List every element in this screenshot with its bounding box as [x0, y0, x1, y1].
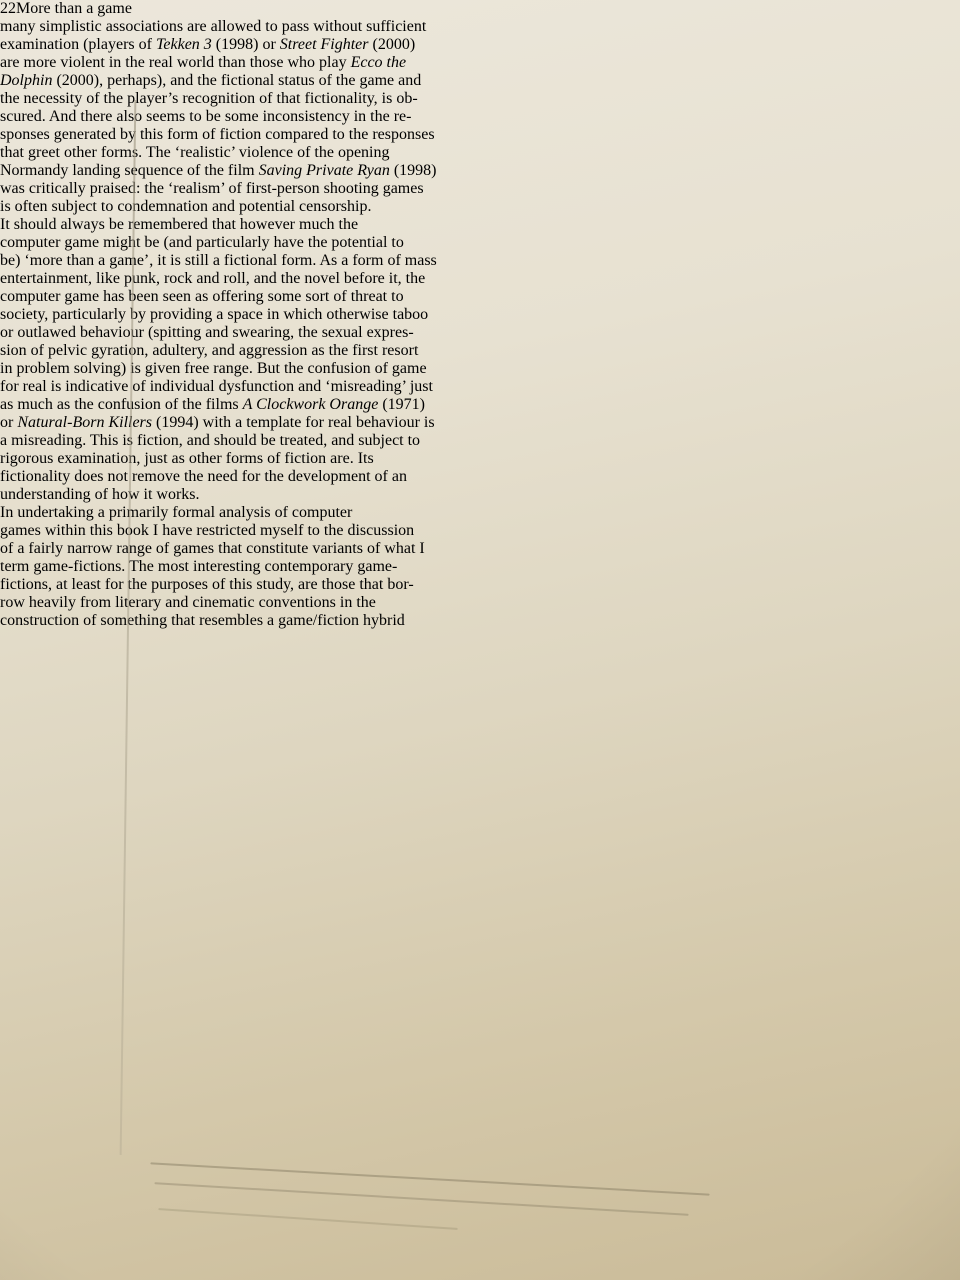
text-line: in problem solving) is given free range.…	[0, 360, 960, 378]
text-line: scured. And there also seems to be some …	[0, 108, 960, 126]
text-line: examination (players of Tekken 3 (1998) …	[0, 36, 960, 54]
text-line: was critically praised: the ‘realism’ of…	[0, 180, 960, 198]
text-line: many simplistic associations are allowed…	[0, 18, 960, 36]
text-line: games within this book I have restricted…	[0, 522, 960, 540]
text-segment: sion of pelvic gyration, adultery, and a…	[0, 342, 418, 359]
text-line: of a fairly narrow range of games that c…	[0, 540, 960, 558]
text-line: that greet other forms. The ‘realistic’ …	[0, 144, 960, 162]
text-segment: of a fairly narrow range of games that c…	[0, 540, 425, 557]
text-line: or Natural-Born Killers (1994) with a te…	[0, 414, 960, 432]
text-line: a misreading. This is fiction, and shoul…	[0, 432, 960, 450]
highlighter-mark: Normandy landing sequence of the film Sa…	[0, 162, 436, 179]
text-segment: or Natural-Born Killers (1994) with a te…	[0, 414, 435, 431]
text-line: be) ‘more than a game’, it is still a fi…	[0, 252, 960, 270]
text-segment: the necessity of the player’s recognitio…	[0, 90, 418, 107]
text-line: Normandy landing sequence of the film Sa…	[0, 162, 960, 180]
text-line: fictionality does not remove the need fo…	[0, 468, 960, 486]
text-segment: understanding of how it works.	[0, 486, 200, 503]
running-header: 22More than a game	[0, 0, 960, 18]
text-segment: be) ‘more than a game’, it is still a fi…	[0, 252, 437, 269]
text-segment: games within this book I have restricted…	[0, 522, 414, 539]
text-segment: or outlawed behaviour (spitting and swea…	[0, 324, 414, 341]
text-segment: sponses generated by this form of fictio…	[0, 126, 435, 143]
text-line: computer game might be (and particularly…	[0, 234, 960, 252]
text-line: It should always be remembered that howe…	[0, 216, 960, 234]
text-segment: that greet other forms.	[0, 144, 146, 161]
text-segment: fictions, at least for the purposes of t…	[0, 576, 414, 593]
text-line: or outlawed behaviour (spitting and swea…	[0, 324, 960, 342]
text-segment: a misreading. This is fiction, and shoul…	[0, 432, 420, 449]
text-segment: society, particularly by providing a spa…	[0, 306, 428, 323]
text-segment: In undertaking a primarily formal analys…	[0, 504, 352, 521]
text-line: sponses generated by this form of fictio…	[0, 126, 960, 144]
body-paragraph-1: many simplistic associations are allowed…	[0, 18, 960, 216]
left-page: 22More than a game many simplistic assoc…	[0, 0, 960, 1280]
text-line: Dolphin (2000), perhaps), and the fictio…	[0, 72, 960, 90]
text-segment: rigorous examination, just as other form…	[0, 450, 374, 467]
text-line: rigorous examination, just as other form…	[0, 450, 960, 468]
page-number: 22	[0, 0, 16, 17]
text-line: the necessity of the player’s recognitio…	[0, 90, 960, 108]
running-header-title: More than a game	[16, 0, 132, 17]
text-line: fictions, at least for the purposes of t…	[0, 576, 960, 594]
body-paragraph-3: In undertaking a primarily formal analys…	[0, 504, 960, 630]
text-segment: as much as the confusion of the films A …	[0, 396, 425, 413]
text-line: term game-fictions. The most interesting…	[0, 558, 960, 576]
highlighter-mark: is often subject to condemnation and pot…	[0, 198, 371, 215]
text-segment: computer game might be (and particularly…	[0, 234, 404, 251]
text-line: sion of pelvic gyration, adultery, and a…	[0, 342, 960, 360]
body-paragraph-2: It should always be remembered that howe…	[0, 216, 960, 504]
text-segment: for real is indicative of individual dys…	[0, 378, 433, 395]
text-segment: fictionality does not remove the need fo…	[0, 468, 407, 485]
highlighter-mark: The ‘realistic’ violence of the opening	[146, 144, 390, 161]
text-segment: term game-fictions. The most interesting…	[0, 558, 397, 575]
book-photo: 22More than a game many simplistic assoc…	[0, 0, 960, 1280]
text-segment: row heavily from literary and cinematic …	[0, 594, 376, 611]
text-line: are more violent in the real world than …	[0, 54, 960, 72]
text-line: society, particularly by providing a spa…	[0, 306, 960, 324]
text-segment: many simplistic associations are allowed…	[0, 18, 426, 35]
text-line: as much as the confusion of the films A …	[0, 396, 960, 414]
text-segment: Dolphin (2000), perhaps), and the fictio…	[0, 72, 421, 89]
text-segment: in problem solving) is given free range.…	[0, 360, 427, 377]
highlighter-mark: was critically praised: the ‘realism’ of…	[0, 180, 424, 197]
text-line: for real is indicative of individual dys…	[0, 378, 960, 396]
text-line: understanding of how it works.	[0, 486, 960, 504]
text-segment: scured. And there also seems to be some …	[0, 108, 411, 125]
text-line: entertainment, like punk, rock and roll,…	[0, 270, 960, 288]
text-line: computer game has been seen as offering …	[0, 288, 960, 306]
text-segment: construction of something that resembles…	[0, 612, 405, 629]
text-segment: computer game has been seen as offering …	[0, 288, 404, 305]
text-segment: It should always be remembered that howe…	[0, 216, 358, 233]
text-line: construction of something that resembles…	[0, 612, 960, 630]
text-segment: are more violent in the real world than …	[0, 54, 406, 71]
text-line: In undertaking a primarily formal analys…	[0, 504, 960, 522]
text-segment: entertainment, like punk, rock and roll,…	[0, 270, 425, 287]
text-line: row heavily from literary and cinematic …	[0, 594, 960, 612]
text-line: is often subject to condemnation and pot…	[0, 198, 960, 216]
text-segment: examination (players of Tekken 3 (1998) …	[0, 36, 415, 53]
